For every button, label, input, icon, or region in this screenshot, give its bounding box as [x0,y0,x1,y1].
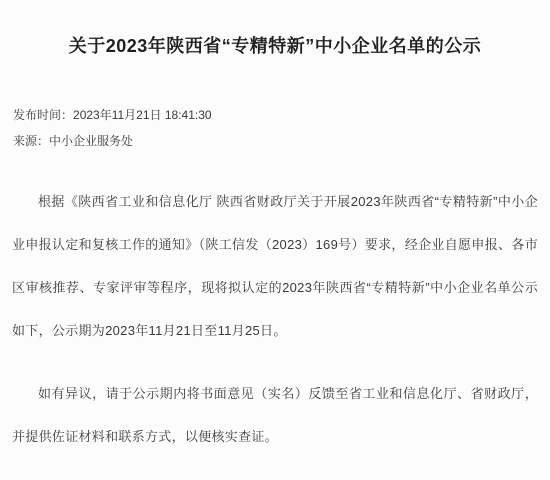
meta-block: 发布时间：2023年11月21日 18:41:30 来源：中小企业服务处 [0,102,550,154]
publish-time-value: 2023年11月21日 18:41:30 [73,108,212,122]
page-title: 关于2023年陕西省“专精特新”中小企业名单的公示 [0,0,550,59]
source-value: 中小企业服务处 [49,134,133,148]
paragraph-basis: 根据《陕西省工业和信息化厅 陕西省财政厅关于开展2023年陕西省“专精特新”中小… [12,180,538,352]
announcement-body: 根据《陕西省工业和信息化厅 陕西省财政厅关于开展2023年陕西省“专精特新”中小… [0,154,550,458]
paragraph-objection: 如有异议，请于公示期内将书面意见（实名）反馈至省工业和信息化厅、省财政厅，并提供… [12,372,538,458]
publish-time-line: 发布时间：2023年11月21日 18:41:30 [13,102,550,128]
source-line: 来源：中小企业服务处 [13,128,550,154]
source-label: 来源： [13,134,49,148]
publish-time-label: 发布时间： [13,108,73,122]
announcement-page: 关于2023年陕西省“专精特新”中小企业名单的公示 发布时间：2023年11月2… [0,0,550,480]
